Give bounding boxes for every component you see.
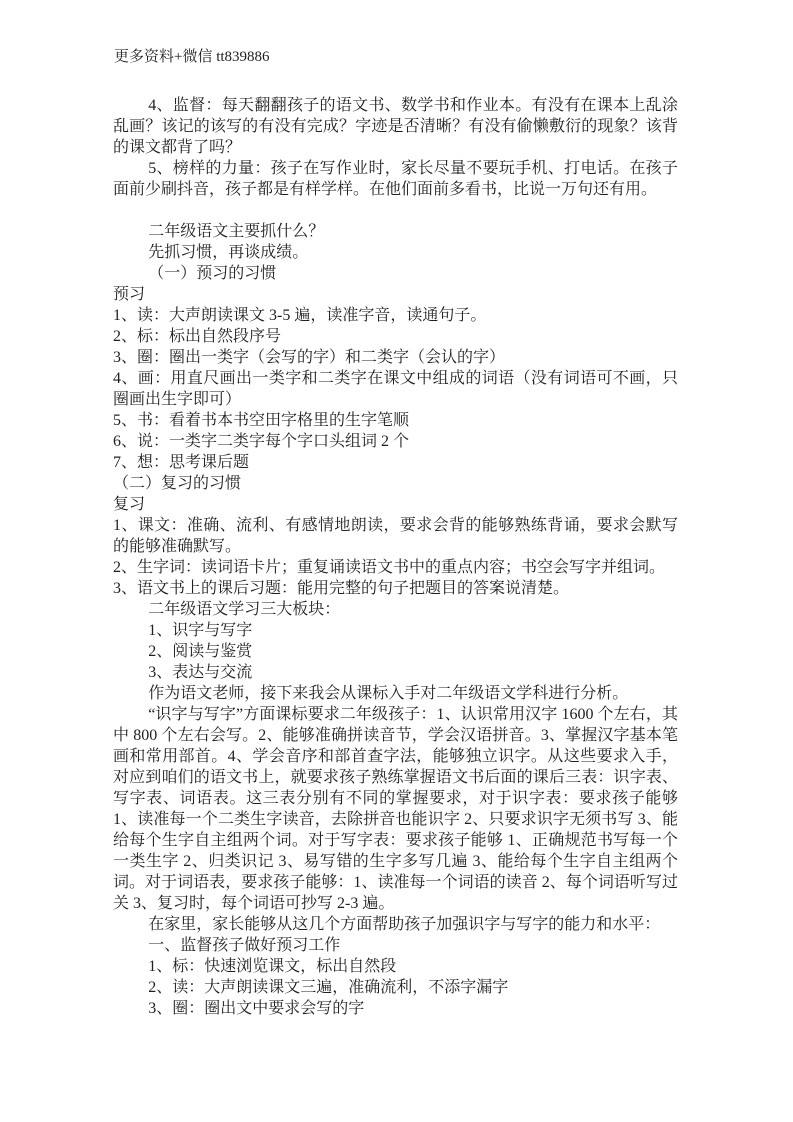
document-body: 4、监督：每天翻翻孩子的语文书、数学书和作业本。有没有在课本上乱涂乱画？该记的该… (113, 95, 678, 1019)
paragraph: 3、语文书上的课后习题：能用完整的句子把题目的答案说清楚。 (113, 578, 678, 599)
paragraph: 预习 (113, 284, 678, 305)
paragraph: 二年级语文主要抓什么？ (113, 221, 678, 242)
paragraph: （二）复习的习惯 (113, 473, 678, 494)
paragraph: 3、圈：圈出一类字（会写的字）和二类字（会认的字） (113, 347, 678, 368)
blank-line (113, 200, 678, 221)
paragraph: 2、读：大声朗读课文三遍，准确流利，不添字漏字 (113, 977, 678, 998)
paragraph: 二年级语文学习三大板块： (113, 599, 678, 620)
paragraph: “识字与写字”方面课标要求二年级孩子：1、认识常用汉字 1600 个左右，其中 … (113, 704, 678, 914)
paragraph: 2、生字词：读词语卡片；重复诵读语文书中的重点内容；书空会写字并组词。 (113, 557, 678, 578)
paragraph: 3、圈：圈出文中要求会写的字 (113, 998, 678, 1019)
paragraph: 1、课文：准确、流利、有感情地朗读，要求会背的能够熟练背诵，要求会默写的能够准确… (113, 515, 678, 557)
paragraph: 作为语文老师，接下来我会从课标入手对二年级语文学科进行分析。 (113, 683, 678, 704)
document-page: 更多资料+微信 tt839886 4、监督：每天翻翻孩子的语文书、数学书和作业本… (0, 0, 793, 1122)
paragraph: 6、说：一类字二类字每个字口头组词 2 个 (113, 431, 678, 452)
paragraph: 先抓习惯，再谈成绩。 (113, 242, 678, 263)
paragraph: 一、监督孩子做好预习工作 (113, 935, 678, 956)
paragraph: 在家里，家长能够从这几个方面帮助孩子加强识字与写字的能力和水平： (113, 914, 678, 935)
paragraph: 2、标：标出自然段序号 (113, 326, 678, 347)
paragraph: 5、书：看着书本书空田字格里的生字笔顺 (113, 410, 678, 431)
paragraph: 3、表达与交流 (113, 662, 678, 683)
paragraph: 7、想：思考课后题 (113, 452, 678, 473)
paragraph: 1、读：大声朗读课文 3-5 遍，读准字音，读通句子。 (113, 305, 678, 326)
paragraph: 1、识字与写字 (113, 620, 678, 641)
paragraph: 2、阅读与鉴赏 (113, 641, 678, 662)
watermark-text: 更多资料+微信 tt839886 (114, 48, 270, 66)
paragraph: 复习 (113, 494, 678, 515)
paragraph: 5、榜样的力量：孩子在写作业时，家长尽量不要玩手机、打电话。在孩子面前少刷抖音，… (113, 158, 678, 200)
paragraph: 1、标：快速浏览课文，标出自然段 (113, 956, 678, 977)
paragraph: 4、监督：每天翻翻孩子的语文书、数学书和作业本。有没有在课本上乱涂乱画？该记的该… (113, 95, 678, 158)
paragraph: 4、画：用直尺画出一类字和二类字在课文中组成的词语（没有词语可不画，只圈画出生字… (113, 368, 678, 410)
paragraph: （一）预习的习惯 (113, 263, 678, 284)
